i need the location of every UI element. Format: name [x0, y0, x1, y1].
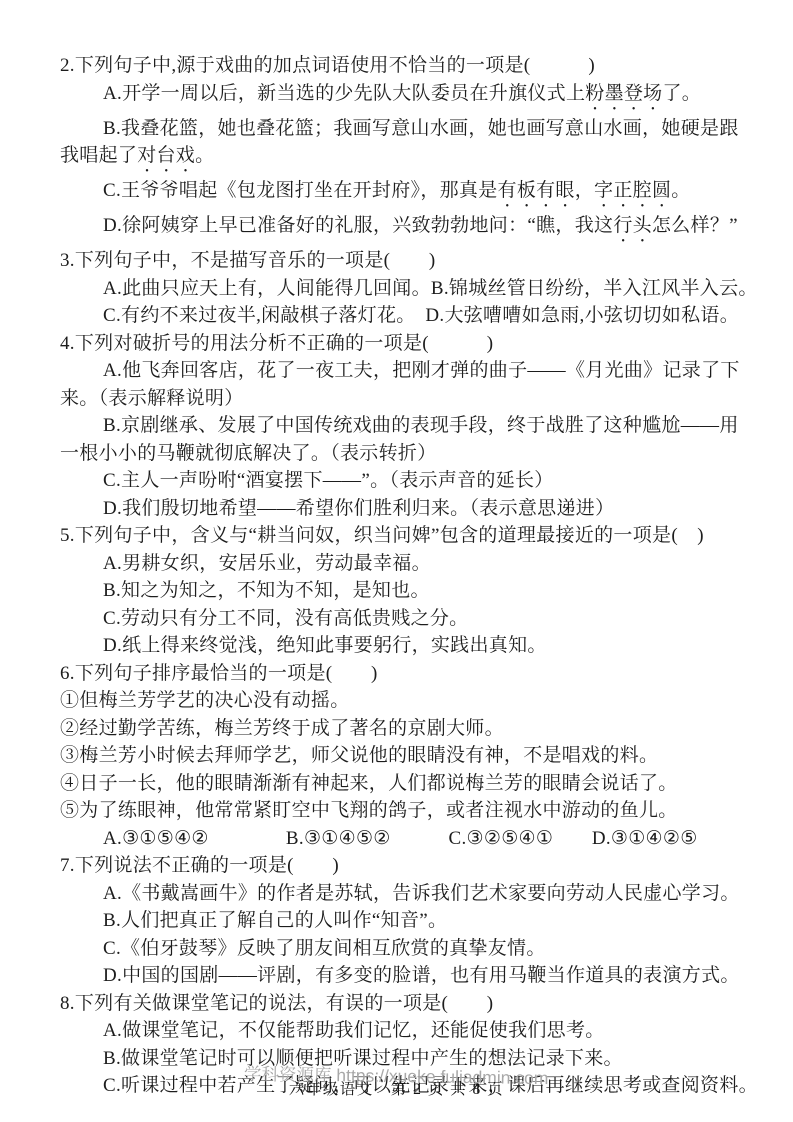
text-line: A.开学一周以后，新当选的少先队大队委员在升旗仪式上粉墨登场了。 [60, 80, 793, 115]
text-line: 3.下列句子中，不是描写音乐的一项是( ) [60, 247, 793, 275]
text-segment: 4.下列对破折号的用法分析不正确的一项是( ) [60, 333, 493, 354]
text-line: ④日子一长，他的眼睛渐渐有神起来，人们都说梅兰芳的眼睛会说话了。 [60, 770, 793, 798]
text-segment: B.京剧继承、发展了中国传统戏曲的表现手段，终于战胜了这种尴尬——用 [103, 415, 739, 436]
text-segment: B.知之为知之，不知为不知，是知也。 [103, 580, 430, 601]
text-line: B.知之为知之，不知为不知，是知也。 [60, 577, 793, 605]
text-segment: C.《伯牙鼓琴》反映了朋友间相互欣赏的真挚友情。 [103, 938, 546, 959]
text-line: D.我们殷切地希望——希望你们胜利归来。（表示意思递进） [60, 495, 793, 523]
text-line: 我唱起了对台戏。 [60, 142, 793, 177]
text-line: 来。（表示解释说明） [60, 385, 793, 413]
text-segment: ④日子一长，他的眼睛渐渐有神起来，人们都说梅兰芳的眼睛会说话了。 [60, 773, 678, 794]
text-line: D.纸上得来终觉浅，绝知此事要躬行，实践出真知。 [60, 632, 793, 660]
text-segment: A.《书戴嵩画牛》的作者是苏轼，告诉我们艺术家要向劳动人民虚心学习。 [103, 883, 740, 904]
text-segment: 一根小小的马鞭就彻底解决了。（表示转折） [60, 443, 437, 464]
text-line: B.我叠花篮，她也叠花篮；我画写意山水画，她也画写意山水画，她硬是跟 [60, 115, 793, 143]
text-line: 6.下列句子排序最恰当的一项是( ) [60, 660, 793, 688]
text-segment: ③梅兰芳小时候去拜师学艺，师父说他的眼睛没有神，不是唱戏的料。 [60, 745, 658, 766]
text-segment: 。 [195, 145, 214, 166]
text-segment: 了。 [662, 83, 701, 104]
text-segment: ， [575, 180, 594, 201]
text-line: C.王爷爷唱起《包龙图打坐在开封府》，那真是有板有眼，字正腔圆。 [60, 177, 793, 212]
text-line: D.中国的国剧——评剧，有多变的脸谱，也有用马鞭当作道具的表演方式。 [60, 962, 793, 990]
text-segment: A.他飞奔回客店，花了一夜工夫，把刚才弹的曲子——《月光曲》记录了下 [103, 360, 740, 381]
text-line: ⑤为了练眼神，他常常紧盯空中飞翔的鸽子，或者注视水中游动的鱼儿。 [60, 797, 793, 825]
page-footer: 六年级语文 第 2 页 共 8 页 [0, 1077, 793, 1099]
text-segment: 我唱起了 [60, 145, 137, 166]
text-segment: 3.下列句子中，不是描写音乐的一项是( ) [60, 250, 436, 271]
text-line: ②经过勤学苦练，梅兰芳终于成了著名的京剧大师。 [60, 715, 793, 743]
text-segment: A.③①⑤④② B.③①④⑤② C.③②⑤④① D.③①④②⑤ [103, 828, 698, 849]
text-line: B.京剧继承、发展了中国传统戏曲的表现手段，终于战胜了这种尴尬——用 [60, 412, 793, 440]
text-line: C.《伯牙鼓琴》反映了朋友间相互欣赏的真挚友情。 [60, 935, 793, 963]
text-segment: C.劳动只有分工不同，没有高低贵贱之分。 [103, 608, 468, 629]
exam-body: 2.下列句子中,源于戏曲的加点词语使用不恰当的一项是( )A.开学一周以后，新当… [60, 52, 793, 1100]
emphasized-word: 字正腔圆 [594, 180, 671, 201]
text-segment: 。 [671, 180, 690, 201]
text-line: 5.下列句子中，含义与“耕当问奴，织当问婢”包含的道理最接近的一项是( ) [60, 522, 793, 550]
text-line: D.徐阿姨穿上早已准备好的礼服，兴致勃勃地问：“瞧，我这行头怎么样？” [60, 212, 793, 247]
text-line: C.劳动只有分工不同，没有高低贵贱之分。 [60, 605, 793, 633]
text-line: 4.下列对破折号的用法分析不正确的一项是( ) [60, 330, 793, 358]
text-segment: A.此曲只应天上有，人间能得几回闻。B.锦城丝管日纷纷，半入江风半入云。 [103, 278, 758, 299]
text-segment: C.主人一声吩咐“酒宴摆下——”。（表示声音的延长） [103, 470, 554, 491]
text-segment: ②经过勤学苦练，梅兰芳终于成了著名的京剧大师。 [60, 718, 504, 739]
text-segment: A.男耕女织，安居乐业，劳动最幸福。 [103, 553, 431, 574]
text-segment: D.我们殷切地希望——希望你们胜利归来。（表示意思递进） [103, 498, 614, 519]
text-segment: D.徐阿姨穿上早已准备好的礼服，兴致勃勃地问：“瞧，我这 [103, 215, 613, 236]
text-segment: ⑤为了练眼神，他常常紧盯空中飞翔的鸽子，或者注视水中游动的鱼儿。 [60, 800, 678, 821]
text-segment: 5.下列句子中，含义与“耕当问奴，织当问婢”包含的道理最接近的一项是( ) [60, 525, 704, 546]
emphasized-word: 对台戏 [137, 145, 195, 166]
text-segment: 7.下列说法不正确的一项是( ) [60, 855, 339, 876]
text-segment: C.有约不来过夜半,闲敲棋子落灯花。 D.大弦嘈嘈如急雨,小弦切切如私语。 [103, 305, 739, 326]
text-segment: ①但梅兰芳学艺的决心没有动摇。 [60, 690, 350, 711]
text-line: C.主人一声吩咐“酒宴摆下——”。（表示声音的延长） [60, 467, 793, 495]
text-segment: C.王爷爷唱起《包龙图打坐在开封府》，那真是 [103, 180, 498, 201]
text-segment: B.人们把真正了解自己的人叫作“知音”。 [103, 910, 447, 931]
text-line: 8.下列有关做课堂笔记的说法，有误的一项是( ) [60, 990, 793, 1018]
text-line: A.男耕女织，安居乐业，劳动最幸福。 [60, 550, 793, 578]
text-line: A.此曲只应天上有，人间能得几回闻。B.锦城丝管日纷纷，半入江风半入云。 [60, 275, 793, 303]
text-segment: B.我叠花篮，她也叠花篮；我画写意山水画，她也画写意山水画，她硬是跟 [103, 118, 739, 139]
text-segment: 6.下列句子排序最恰当的一项是( ) [60, 663, 378, 684]
text-line: 7.下列说法不正确的一项是( ) [60, 852, 793, 880]
emphasized-word: 粉墨登场 [585, 83, 662, 104]
text-segment: D.中国的国剧——评剧，有多变的脸谱，也有用马鞭当作道具的表演方式。 [103, 965, 740, 986]
emphasized-word: 有板有眼 [498, 180, 575, 201]
emphasized-word: 行头 [613, 215, 652, 236]
text-line: A.他飞奔回客店，花了一夜工夫，把刚才弹的曲子——《月光曲》记录了下 [60, 357, 793, 385]
text-line: A.③①⑤④② B.③①④⑤② C.③②⑤④① D.③①④②⑤ [60, 825, 793, 853]
text-segment: 来。（表示解释说明） [60, 388, 244, 409]
text-segment: 8.下列有关做课堂笔记的说法，有误的一项是( ) [60, 993, 493, 1014]
text-line: ①但梅兰芳学艺的决心没有动摇。 [60, 687, 793, 715]
text-line: B.人们把真正了解自己的人叫作“知音”。 [60, 907, 793, 935]
text-line: C.有约不来过夜半,闲敲棋子落灯花。 D.大弦嘈嘈如急雨,小弦切切如私语。 [60, 302, 793, 330]
text-line: ③梅兰芳小时候去拜师学艺，师父说他的眼睛没有神，不是唱戏的料。 [60, 742, 793, 770]
text-segment: A.做课堂笔记，不仅能帮助我们记忆，还能促使我们思考。 [103, 1020, 605, 1041]
text-segment: D.纸上得来终觉浅，绝知此事要躬行，实践出真知。 [103, 635, 547, 656]
text-line: A.《书戴嵩画牛》的作者是苏轼，告诉我们艺术家要向劳动人民虚心学习。 [60, 880, 793, 908]
text-segment: A.开学一周以后，新当选的少先队大队委员在升旗仪式上 [103, 83, 585, 104]
text-segment: 2.下列句子中,源于戏曲的加点词语使用不恰当的一项是( ) [60, 55, 595, 76]
text-line: A.做课堂笔记，不仅能帮助我们记忆，还能促使我们思考。 [60, 1017, 793, 1045]
text-line: 一根小小的马鞭就彻底解决了。（表示转折） [60, 440, 793, 468]
text-segment: 怎么样？” [652, 215, 738, 236]
text-line: 2.下列句子中,源于戏曲的加点词语使用不恰当的一项是( ) [60, 52, 793, 80]
